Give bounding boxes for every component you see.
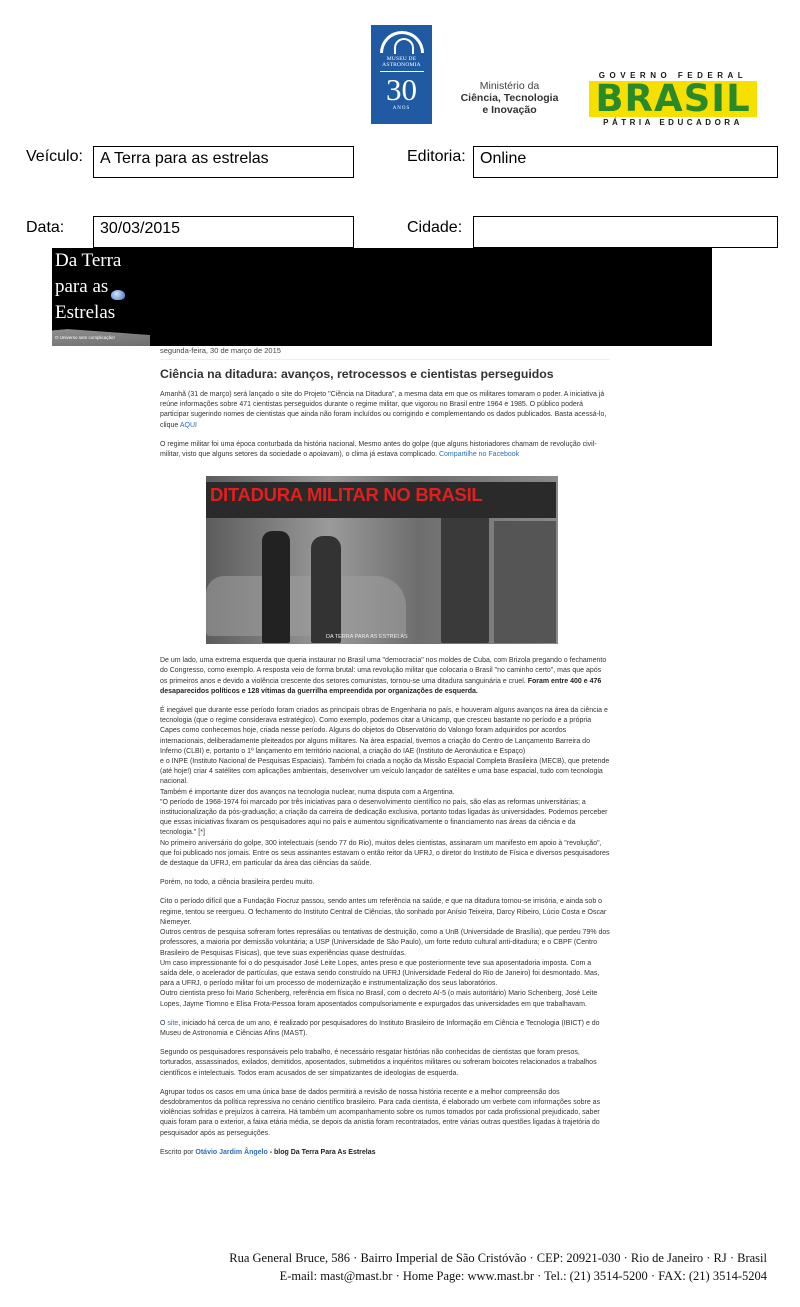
brigade-figure [494, 521, 556, 643]
ditadura-photo: DITADURA MILITAR NO BRASIL DA TERRA PARA… [206, 476, 558, 644]
paragraph-11: Outros centros de pesquisa sofreram fort… [160, 928, 610, 959]
mcti-line3: e Inovação [452, 104, 567, 116]
byline-pre: Escrito por [160, 1149, 195, 1156]
gov-logo-bottom: PÁTRIA EDUCADORA [589, 117, 757, 129]
paragraph-2: O regime militar foi uma época conturbad… [160, 440, 610, 460]
gov-logo-main: BRASIL [589, 81, 757, 117]
mast-logo-number: 30 [371, 74, 432, 106]
blog-title-line3: Estrelas [55, 300, 121, 326]
blog-tagline: O Universo sem complicação! [55, 335, 115, 340]
mcti-line2: Ciência, Tecnologia [452, 92, 567, 104]
article-title: Ciência na ditadura: avanços, retrocesso… [160, 367, 610, 382]
editoria-field[interactable]: Online [473, 146, 778, 178]
editoria-label: Editoria: [407, 148, 466, 166]
data-label: Data: [26, 219, 64, 237]
byline-post: - blog Da Terra Para As Estrelas [268, 1149, 376, 1156]
car-shape [206, 576, 406, 636]
byline: Escrito por Otávio Jardim Ângelo - blog … [160, 1148, 610, 1158]
paragraph-4: É inegável que durante esse período fora… [160, 706, 610, 757]
paragraph-6: Também é importante dizer dos avanços na… [160, 788, 610, 798]
observatory-dome-icon [380, 31, 424, 53]
paragraph-14: O site, iniciado há cerca de um ano, é r… [160, 1019, 610, 1039]
mast-logo: MUSEU DE ASTRONOMIA 30 ANOS [371, 25, 432, 124]
paragraph-5: e o INPE (Instituto Nacional de Pesquisa… [160, 757, 610, 788]
paragraph-8: No primeiro aniversário do golpe, 300 in… [160, 839, 610, 870]
paragraph-7: "O período de 1968-1974 foi marcado por … [160, 798, 610, 839]
blog-title: Da Terra para as Estrelas [55, 248, 121, 326]
author-link[interactable]: Otávio Jardim Ângelo [195, 1149, 267, 1156]
protester-figure [262, 531, 290, 643]
p14-text: , iniciado há cerca de um ano, é realiza… [160, 1020, 600, 1037]
mast-logo-anos: ANOS [371, 106, 432, 111]
paragraph-15: Segundo os pesquisadores responsáveis pe… [160, 1048, 610, 1079]
cidade-field[interactable] [473, 216, 778, 248]
blog-title-line1: Da Terra [55, 248, 121, 274]
veiculo-label: Veículo: [26, 148, 83, 166]
paragraph-10: Cito o período difícil que a Fundação Fi… [160, 897, 610, 928]
mast-logo-name: MUSEU DE ASTRONOMIA [371, 56, 432, 68]
p1-text: Amanhã (31 de março) será lançado o site… [160, 391, 606, 429]
paragraph-12: Um caso impressionante foi o do pesquisa… [160, 959, 610, 990]
veiculo-field[interactable]: A Terra para as estrelas [93, 146, 354, 178]
mcti-line1: Ministério da [452, 80, 567, 92]
cidade-label: Cidade: [407, 219, 462, 237]
mast-logo-line2: ASTRONOMIA [371, 62, 432, 68]
paragraph-16: Agrupar todos os casos em uma única base… [160, 1088, 610, 1139]
paragraph-13: Outro cientista preso foi Mario Schenber… [160, 989, 610, 1009]
footer-address: Rua General Bruce, 586 · Bairro Imperial… [0, 1249, 767, 1285]
data-field[interactable]: 30/03/2015 [93, 216, 354, 248]
aqui-link[interactable]: AQUI [180, 422, 197, 429]
p2-text: O regime militar foi uma época conturbad… [160, 441, 597, 458]
paragraph-3: De um lado, uma extrema esquerda que que… [160, 656, 610, 697]
photo-caption: DITADURA MILITAR NO BRASIL [210, 490, 482, 500]
soldier-figure [311, 536, 341, 643]
governo-federal-logo: GOVERNO FEDERAL BRASIL PÁTRIA EDUCADORA [589, 71, 757, 129]
photo-watermark: DA TERRA PARA AS ESTRELAS [326, 632, 408, 642]
blog-header-banner: Da Terra para as Estrelas O Universo sem… [52, 248, 712, 346]
footer-line2: E-mail: mast@mast.br · Home Page: www.ma… [0, 1267, 767, 1285]
paragraph-9: Porém, no todo, a ciência brasileira per… [160, 878, 610, 888]
mcti-logo: Ministério da Ciência, Tecnologia e Inov… [452, 80, 567, 116]
share-facebook-link[interactable]: Compartilhe no Facebook [439, 451, 519, 458]
earth-icon [111, 290, 125, 300]
article-date: segunda-feira, 30 de março de 2015 [160, 346, 610, 360]
footer-line1: Rua General Bruce, 586 · Bairro Imperial… [0, 1249, 767, 1267]
paragraph-1: Amanhã (31 de março) será lançado o site… [160, 390, 610, 431]
article: segunda-feira, 30 de março de 2015 Ciênc… [160, 346, 610, 1167]
site-link[interactable]: site [167, 1020, 178, 1027]
